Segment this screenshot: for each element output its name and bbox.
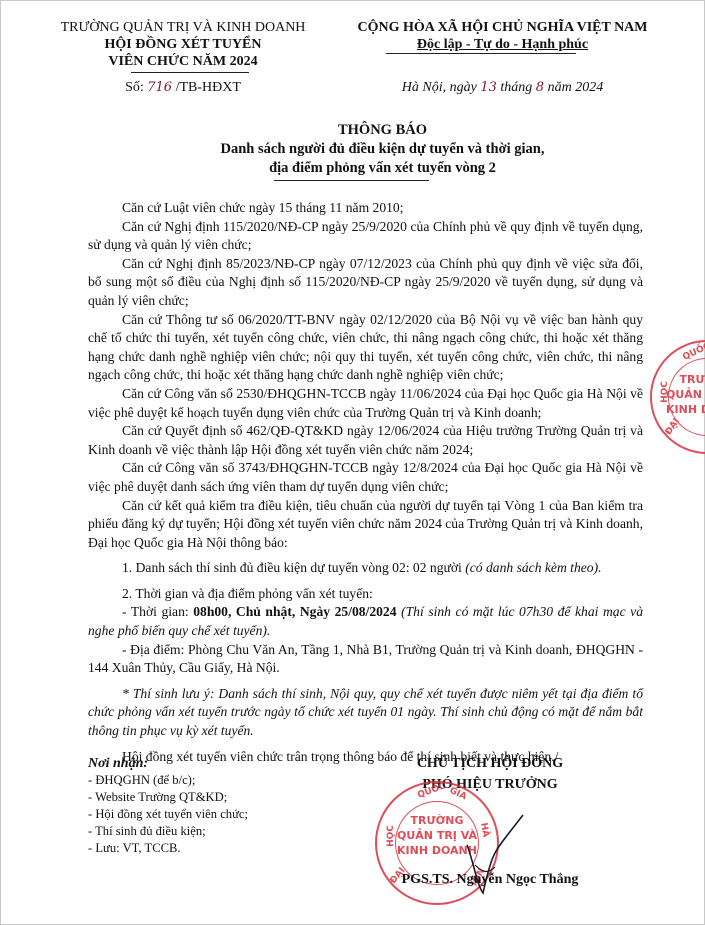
header-divider-right — [386, 53, 576, 54]
council-name: HỘI ĐỒNG XÉT TUYỂN — [58, 36, 308, 53]
title-divider — [274, 180, 429, 181]
handwritten-day: 13 — [480, 80, 497, 95]
legal-basis: Căn cứ Quyết định số 462/QĐ-QT&KD ngày 1… — [88, 422, 643, 459]
signer-name: PGS.TS. Nguyễn Ngọc Thắng — [380, 872, 600, 888]
legal-basis: Căn cứ Thông tư số 06/2020/TT-BNV ngày 0… — [88, 311, 643, 385]
header-divider-left — [131, 72, 249, 73]
legal-basis: Căn cứ Luật viên chức ngày 15 tháng 11 n… — [88, 199, 643, 218]
candidate-notice: * Thí sinh lưu ý: Danh sách thí sinh, Nộ… — [88, 685, 643, 741]
council-year: VIÊN CHỨC NĂM 2024 — [58, 53, 308, 70]
legal-basis: Căn cứ Công văn số 3743/ĐHQGHN-TCCB ngày… — [88, 459, 643, 496]
page-seal-text: TRƯỜNG QUẢN TRỊ VÀ KINH DOANH — [650, 372, 705, 417]
document-title: THÔNG BÁO Danh sách người đủ điều kiện d… — [60, 121, 705, 178]
recipients-list: Nơi nhận: - ĐHQGHN (để b/c); - Website T… — [88, 755, 248, 857]
recipient-item: - ĐHQGHN (để b/c); — [88, 772, 248, 789]
recipient-item: - Website Trường QT&KD; — [88, 789, 248, 806]
legal-basis: Căn cứ Nghị định 115/2020/NĐ-CP ngày 25/… — [88, 218, 643, 255]
document-body: Căn cứ Luật viên chức ngày 15 tháng 11 n… — [88, 199, 643, 766]
title-sub-1: Danh sách người đủ điều kiện dự tuyển và… — [60, 140, 705, 159]
signer-title-1: CHỦ TỊCH HỘI ĐỒNG — [380, 753, 600, 774]
national-heading: CỘNG HÒA XÃ HỘI CHỦ NGHĨA VIỆT NAM Độc l… — [315, 19, 690, 53]
recipients-heading: Nơi nhận: — [88, 755, 248, 772]
national-motto: Độc lập - Tự do - Hạnh phúc — [315, 36, 690, 53]
title-main: THÔNG BÁO — [60, 121, 705, 140]
nation-name: CỘNG HÒA XÃ HỘI CHỦ NGHĨA VIỆT NAM — [315, 19, 690, 36]
interview-time: - Thời gian: 08h00, Chủ nhật, Ngày 25/08… — [88, 603, 643, 640]
handwritten-month: 8 — [536, 80, 544, 95]
interview-location: - Địa điểm: Phòng Chu Văn An, Tầng 1, Nh… — [88, 641, 643, 678]
legal-basis: Căn cứ kết quả kiểm tra điều kiện, tiêu … — [88, 497, 643, 553]
title-sub-2: địa điểm phỏng vấn xét tuyển vòng 2 — [60, 159, 705, 178]
item-2-heading: 2. Thời gian và địa điểm phỏng vấn xét t… — [88, 585, 643, 604]
issuing-organization: TRƯỜNG QUẢN TRỊ VÀ KINH DOANH HỘI ĐỒNG X… — [58, 19, 308, 70]
recipient-item: - Thí sinh đủ điều kiện; — [88, 823, 248, 840]
legal-basis: Căn cứ Công văn số 2530/ĐHQGHN-TCCB ngày… — [88, 385, 643, 422]
document-number: Số: 716 /TB-HĐXT — [58, 80, 308, 96]
recipient-item: - Hội đồng xét tuyển viên chức; — [88, 806, 248, 823]
place-date: Hà Nội, ngày 13 tháng 8 năm 2024 — [315, 80, 690, 96]
handwritten-number: 716 — [147, 80, 172, 95]
item-1: 1. Danh sách thí sinh đủ điều kiện dự tu… — [88, 559, 643, 578]
school-name: TRƯỜNG QUẢN TRỊ VÀ KINH DOANH — [58, 19, 308, 36]
recipient-item: - Lưu: VT, TCCB. — [88, 840, 248, 857]
legal-basis: Căn cứ Nghị định 85/2023/NĐ-CP ngày 07/1… — [88, 255, 643, 311]
